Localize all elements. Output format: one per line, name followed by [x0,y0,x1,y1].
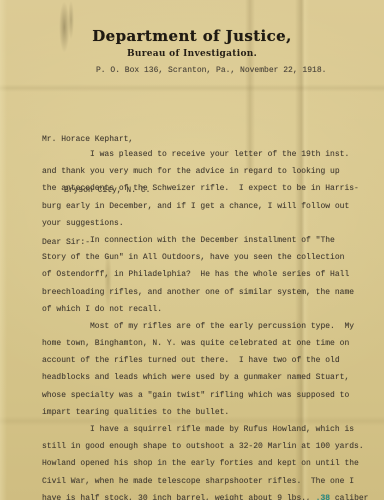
body-line: whose specialty was a "gain twist" rifli… [42,387,377,404]
body-line: breechloading rifles, and another one of… [42,284,377,301]
letter-body: I was pleased to receive your letter of … [42,146,377,500]
body-line: In connection with the December installm… [42,232,377,249]
paper-edge-highlight [0,0,7,500]
body-line: your suggestions. [42,215,377,232]
body-line: have is half stock, 30 inch barrel, weig… [42,490,377,500]
body-line: and thank you very much for the advice i… [42,163,377,180]
body-line: home town, Binghamton, N. Y. was quite c… [42,335,377,352]
body-line: Civil War, when he made telescope sharps… [42,473,377,490]
body-line: of which I do not recall. [42,301,377,318]
letterhead: Department of Justice, Bureau of Investi… [0,28,384,60]
letterhead-bureau-subtitle: Bureau of Investigation. [0,49,384,60]
body-line: I was pleased to receive your letter of … [42,146,377,163]
body-line: the antecedents of the Schweizer rifle. … [42,180,377,197]
body-line: of Ostendorff, in Philadelphia? He has t… [42,266,377,283]
paper-crease-horizontal-top [0,84,384,92]
body-line: account of the rifles turned out there. … [42,352,377,369]
body-line: impart tearing qualities to the bullet. [42,404,377,421]
caliber-highlight: .38 [316,494,330,500]
body-line: burg early in December, and if I get a c… [42,198,377,215]
body-line: headblocks and leads which were used by … [42,369,377,386]
letter-dateline: P. O. Box 136, Scranton, Pa., November 2… [96,66,326,75]
scanned-letter-page: Department of Justice, Bureau of Investi… [0,0,384,500]
body-line: Most of my rifles are of the early percu… [42,318,377,335]
body-line: Howland opened his shop in the early for… [42,455,377,472]
paper-crease-vertical-header [245,0,255,170]
letterhead-department-title: Department of Justice, [0,28,384,45]
body-line: still in good enough shape to outshoot a… [42,438,377,455]
body-line: Story of the Gun" in All Outdoors, have … [42,249,377,266]
body-line: I have a squirrel rifle made by Rufus Ho… [42,421,377,438]
